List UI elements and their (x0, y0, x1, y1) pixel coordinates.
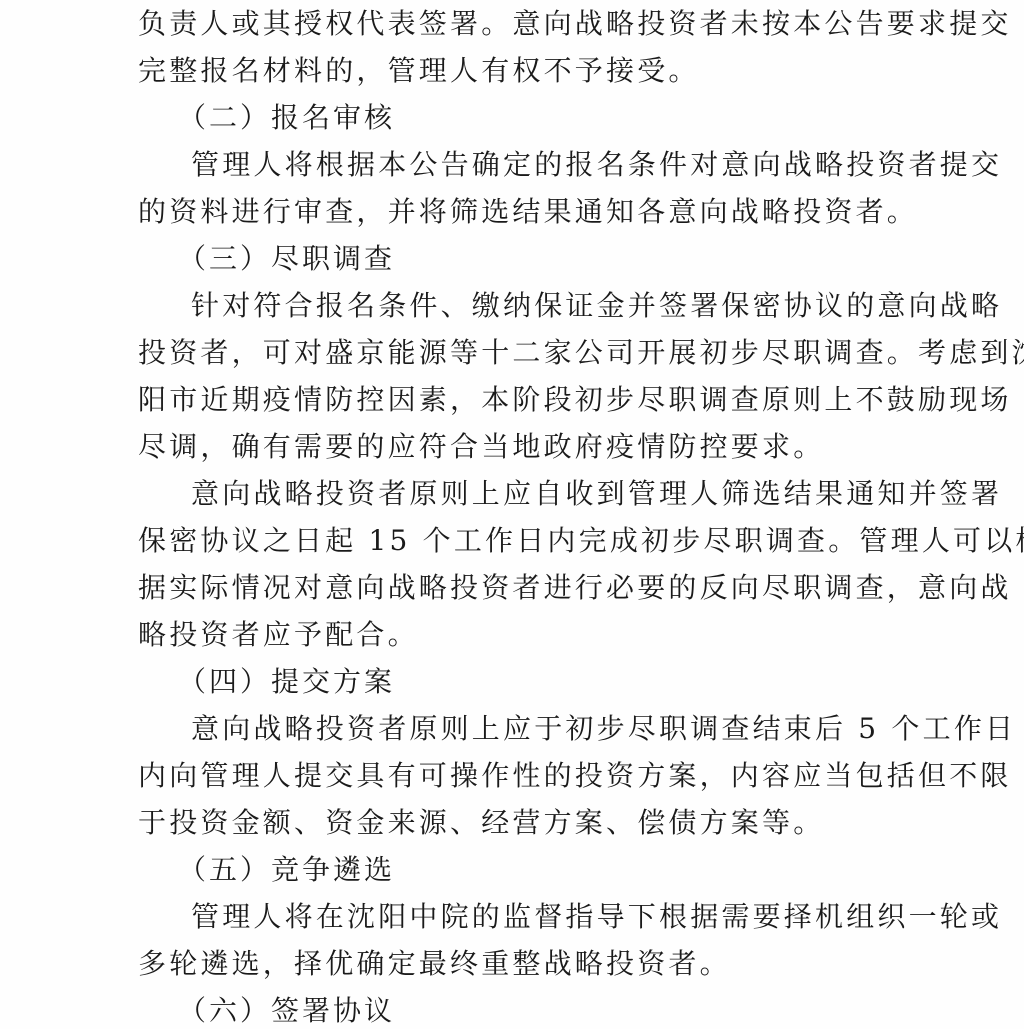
paragraph-line: 负责人或其授权代表签署。意向战略投资者未按本公告要求提交 (138, 4, 898, 44)
paragraph-line: 内向管理人提交具有可操作性的投资方案，内容应当包括但不限 (138, 756, 898, 796)
paragraph-line: 完整报名材料的，管理人有权不予接受。 (138, 51, 898, 91)
paragraph-line: 意向战略投资者原则上应自收到管理人筛选结果通知并签署 (191, 474, 898, 514)
paragraph-line: 于投资金额、资金来源、经营方案、偿债方案等。 (138, 803, 898, 843)
paragraph-line: 意向战略投资者原则上应于初步尽职调查结束后 5 个工作日 (191, 709, 898, 749)
paragraph-line: 尽调，确有需要的应符合当地政府疫情防控要求。 (138, 427, 898, 467)
paragraph-line: 略投资者应予配合。 (138, 615, 898, 655)
section-heading-competitive-selection: （五）竞争遴选 (178, 850, 938, 890)
paragraph-line: 多轮遴选，择优确定最终重整战略投资者。 (138, 944, 898, 984)
section-heading-sign-agreement: （六）签署协议 (178, 991, 938, 1029)
section-heading-due-diligence: （三）尽职调查 (178, 239, 938, 279)
paragraph-line: 投资者，可对盛京能源等十二家公司开展初步尽职调查。考虑到沈 (138, 333, 898, 373)
paragraph-line: 管理人将在沈阳中院的监督指导下根据需要择机组织一轮或 (191, 897, 898, 937)
section-heading-registration-review: （二）报名审核 (178, 98, 938, 138)
paragraph-line: 据实际情况对意向战略投资者进行必要的反向尽职调查，意向战 (138, 568, 898, 608)
document-page: 负责人或其授权代表签署。意向战略投资者未按本公告要求提交 完整报名材料的，管理人… (0, 0, 1024, 1029)
paragraph-line: 管理人将根据本公告确定的报名条件对意向战略投资者提交 (191, 145, 898, 185)
section-heading-submit-plan: （四）提交方案 (178, 662, 938, 702)
paragraph-line: 的资料进行审查，并将筛选结果通知各意向战略投资者。 (138, 192, 898, 232)
paragraph-line: 阳市近期疫情防控因素，本阶段初步尽职调查原则上不鼓励现场 (138, 380, 898, 420)
paragraph-line: 针对符合报名条件、缴纳保证金并签署保密协议的意向战略 (191, 286, 898, 326)
paragraph-line: 保密协议之日起 15 个工作日内完成初步尽职调查。管理人可以根 (138, 521, 898, 561)
